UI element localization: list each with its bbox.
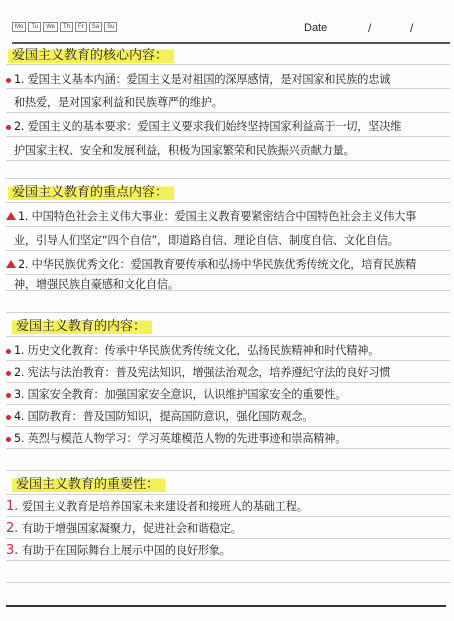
list-item-continuation: 和热爱，是对国家利益和民族尊严的维护。	[6, 96, 223, 110]
list-item: 1. 爱国主义基本内涵：爱国主义是对祖国的深厚感情，是对国家和民族的忠诚	[6, 73, 390, 87]
ruled-line	[6, 448, 450, 449]
list-item-continuation: 护国家主权、安全和发展利益，积极为国家繁荣和民族振兴贡献力量。	[6, 144, 355, 158]
ruled-line	[6, 516, 450, 517]
weekday-su: Su	[104, 22, 117, 32]
weekday-sa: Sa	[89, 22, 102, 32]
section-heading-importance: 爱国主义教育的重要性：	[12, 476, 165, 494]
weekday-th: Th	[60, 22, 73, 32]
date-separator: /	[368, 21, 371, 35]
date-separator: /	[410, 21, 413, 35]
red-triangle-bullet-icon	[6, 212, 16, 220]
ruled-line	[6, 426, 450, 427]
ruled-line	[6, 274, 450, 275]
header-divider	[12, 42, 450, 44]
weekday-boxes: Mo Tu We Th Fr Sa Su	[12, 22, 117, 32]
red-dot-bullet-icon	[6, 349, 11, 354]
section-heading-key-content: 爱国主义教育的重点内容：	[8, 184, 174, 202]
list-item-continuation: 神，增强民族自豪感和文化自信。	[6, 278, 179, 292]
ruled-line	[6, 112, 450, 113]
ruled-line	[6, 336, 450, 337]
ruled-line	[6, 202, 450, 203]
red-dot-bullet-icon	[6, 437, 11, 442]
list-item: 5. 英烈与模范人物学习：学习英雄模范人物的先进事迹和崇高精神。	[6, 432, 346, 446]
red-number: 2.	[6, 521, 18, 536]
red-dot-bullet-icon	[6, 415, 11, 420]
notebook-page: Mo Tu We Th Fr Sa Su Date / / 爱国主义教育的核心内…	[0, 0, 454, 621]
ruled-line	[6, 160, 450, 161]
section-heading-core-content: 爱国主义教育的核心内容：	[8, 47, 174, 65]
ruled-line	[6, 470, 450, 471]
page-header: Mo Tu We Th Fr Sa Su Date / /	[0, 0, 454, 44]
list-item-continuation: 业，引导人们坚定“四个自信”，即道路自信、理论自信、制度自信、文化自信。	[6, 234, 399, 248]
red-triangle-bullet-icon	[6, 260, 16, 268]
ruled-line	[6, 360, 450, 361]
list-item: 2. 爱国主义的基本要求：爱国主义要求我们始终坚持国家利益高于一切，坚决维	[6, 120, 401, 134]
ruled-line	[6, 250, 450, 251]
list-item: 1. 中国特色社会主义伟大事业：爱国主义教育要紧密结合中国特色社会主义伟大事	[6, 210, 416, 224]
red-dot-bullet-icon	[6, 78, 11, 83]
ruled-line	[6, 178, 450, 179]
ruled-line	[6, 88, 450, 89]
list-item: 2. 中华民族优秀文化：爱国教育要传承和弘扬中华民族优秀传统文化，培育民族精	[6, 258, 416, 272]
red-dot-bullet-icon	[6, 125, 11, 130]
list-item: 3. 国家安全教育：加强国家安全意识，认识维护国家安全的重要性。	[6, 388, 346, 402]
section-heading-content: 爱国主义教育的内容：	[12, 318, 152, 336]
weekday-fr: Fr	[75, 22, 87, 32]
list-item: 2. 宪法与法治教育：普及宪法知识，增强法治观念，培养遵纪守法的良好习惯	[6, 366, 390, 380]
date-label: Date	[304, 22, 327, 34]
red-number: 1.	[6, 499, 18, 514]
ruled-line	[6, 312, 450, 313]
list-item: 1. 历史文化教育：传承中华民族优秀传统文化，弘扬民族精神和时代精神。	[6, 344, 379, 358]
ruled-line	[6, 582, 450, 583]
footer-divider	[6, 605, 446, 607]
list-item: 4. 国防教育：普及国防知识，提高国防意识，强化国防观念。	[6, 410, 313, 424]
ruled-line	[6, 494, 450, 495]
ruled-line	[6, 136, 450, 137]
ruled-line	[6, 382, 450, 383]
ruled-line	[6, 226, 450, 227]
weekday-we: We	[43, 22, 58, 32]
weekday-mo: Mo	[12, 22, 26, 32]
list-item: 1.爱国主义教育是培养国家未来建设者和接班人的基础工程。	[6, 500, 308, 514]
red-dot-bullet-icon	[6, 371, 11, 376]
list-item: 3.有助于在国际舞台上展示中国的良好形象。	[6, 544, 231, 558]
list-item: 2.有助于增强国家凝聚力，促进社会和谐稳定。	[6, 522, 242, 536]
ruled-line	[6, 404, 450, 405]
ruled-line	[6, 560, 450, 561]
ruled-line	[6, 538, 450, 539]
weekday-tu: Tu	[28, 22, 41, 32]
red-number: 3.	[6, 543, 18, 558]
red-dot-bullet-icon	[6, 393, 11, 398]
